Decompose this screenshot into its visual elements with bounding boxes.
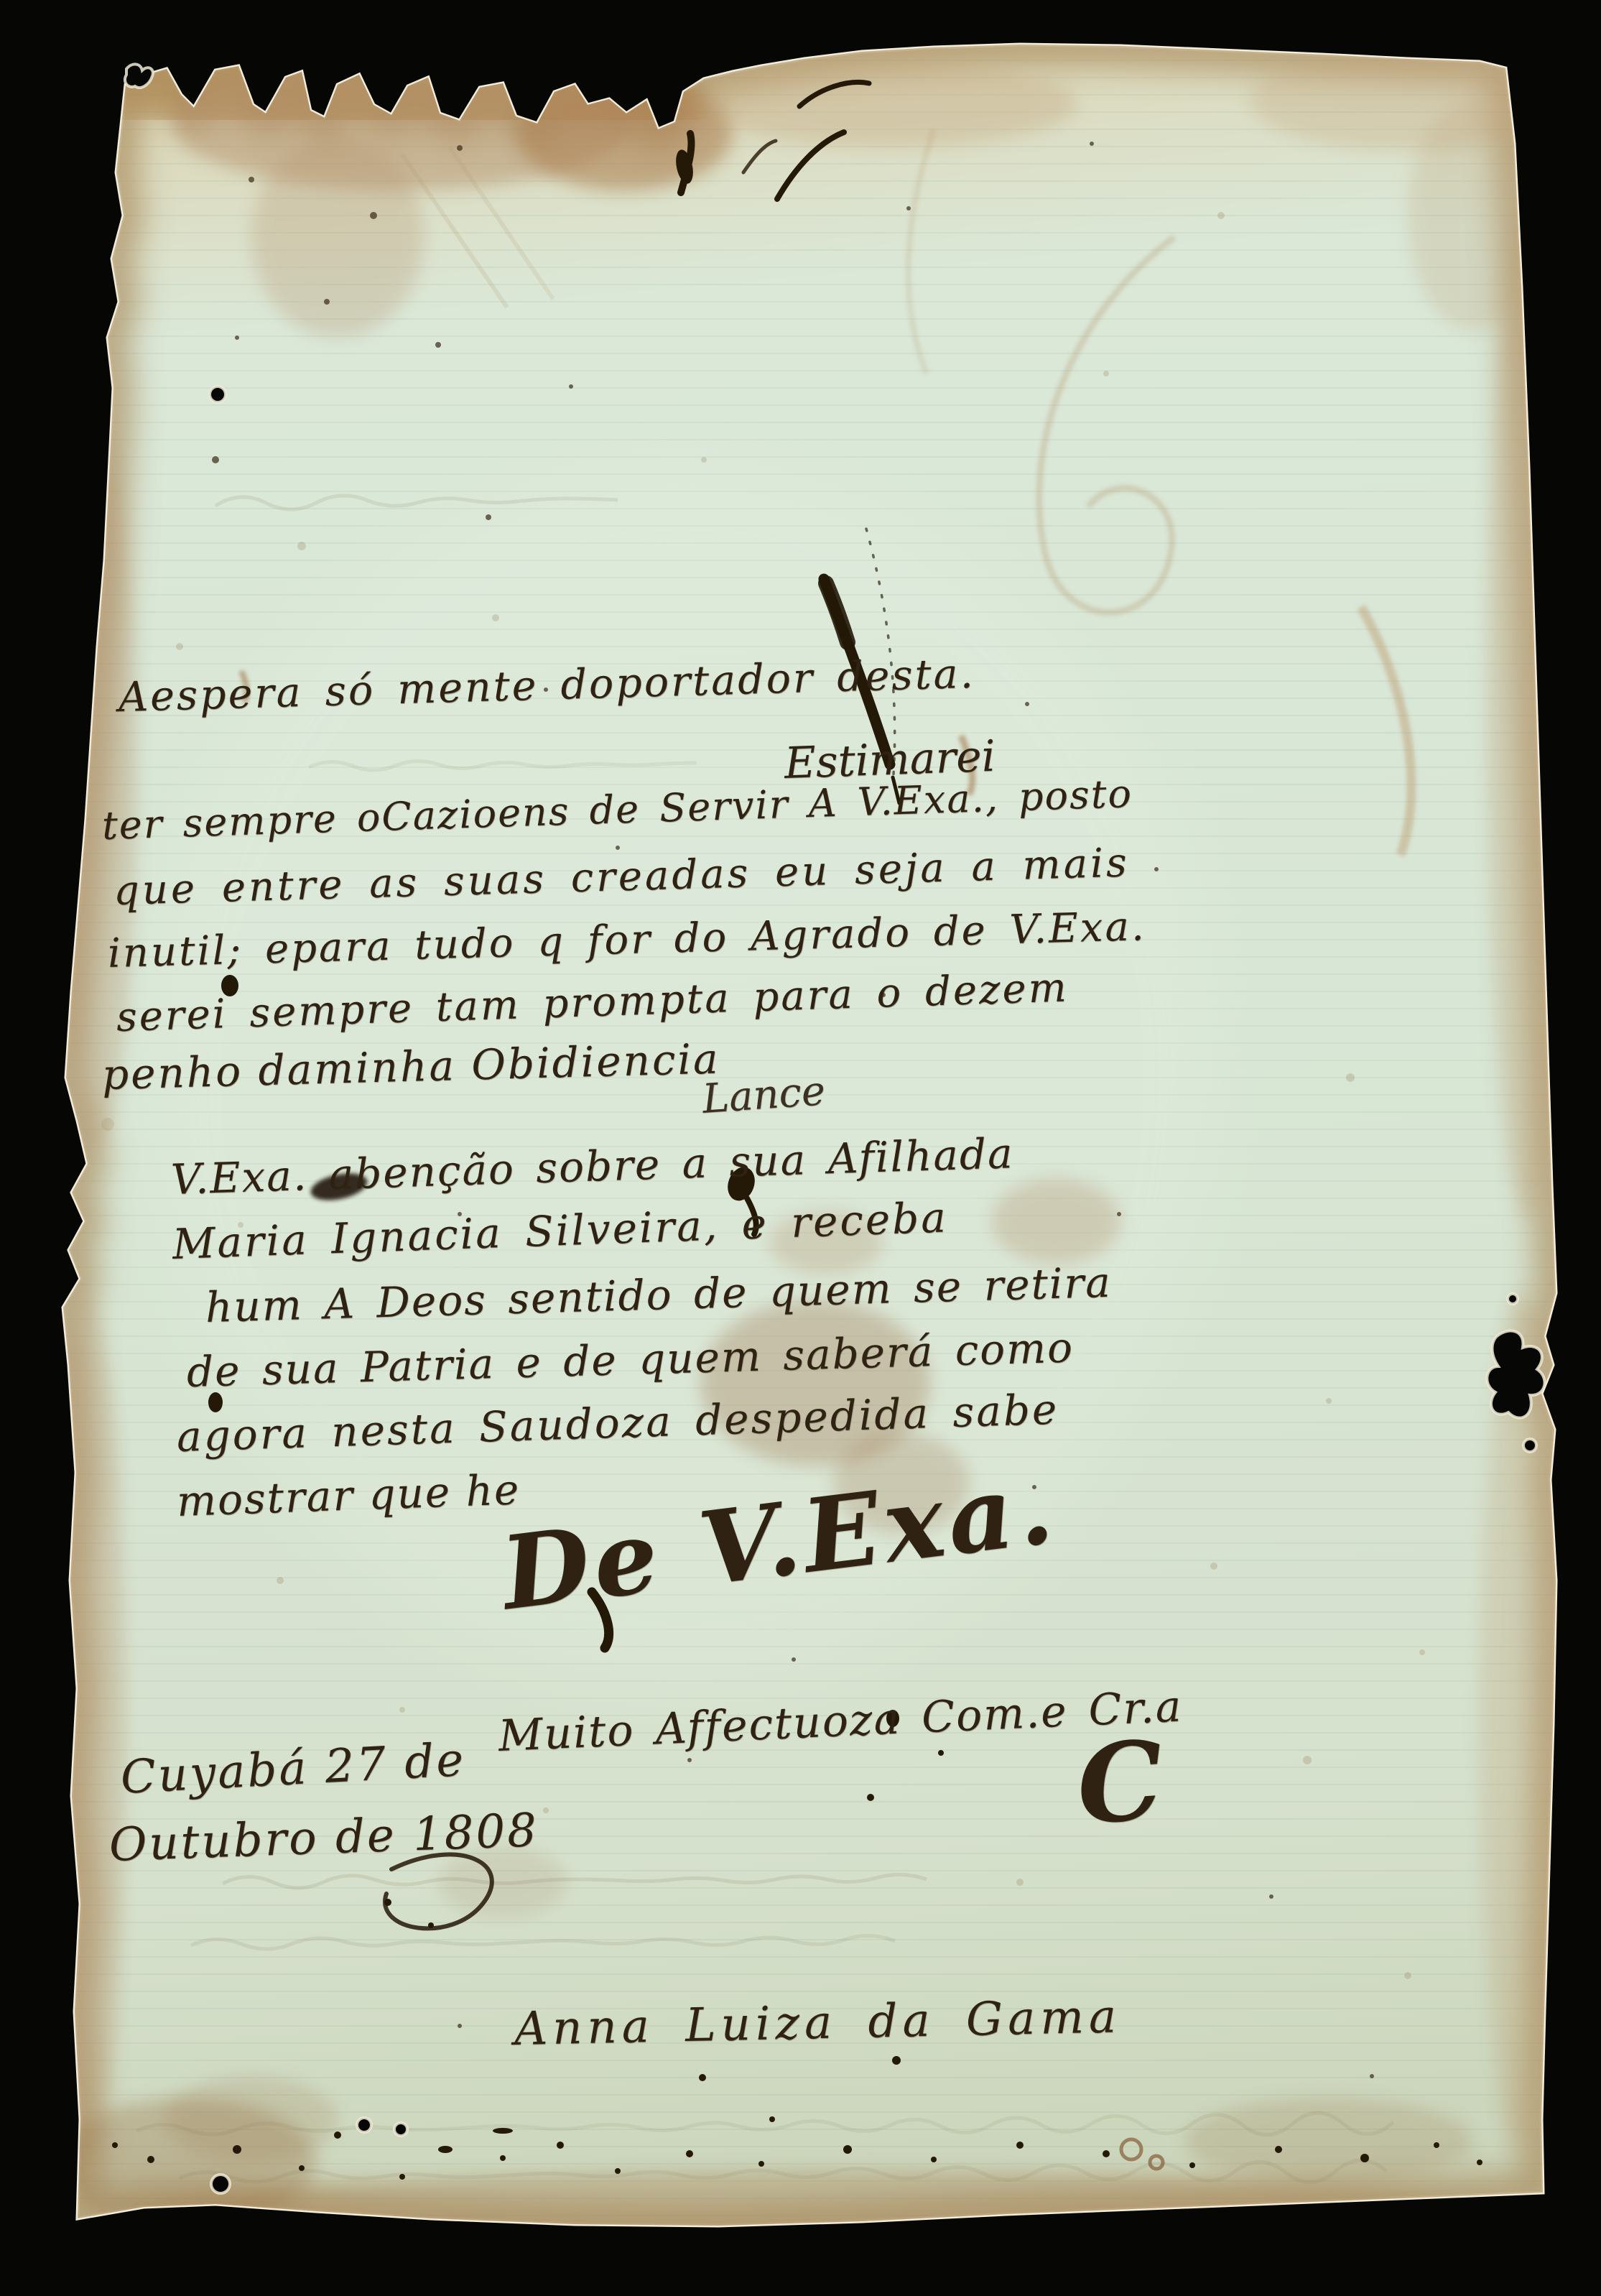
- flourish-word: Lance: [701, 1068, 827, 1123]
- manuscript-photograph: Aespera só mente doportador desta. Estim…: [0, 0, 1601, 2296]
- closing-initial-flourish: C: [1073, 1717, 1167, 1849]
